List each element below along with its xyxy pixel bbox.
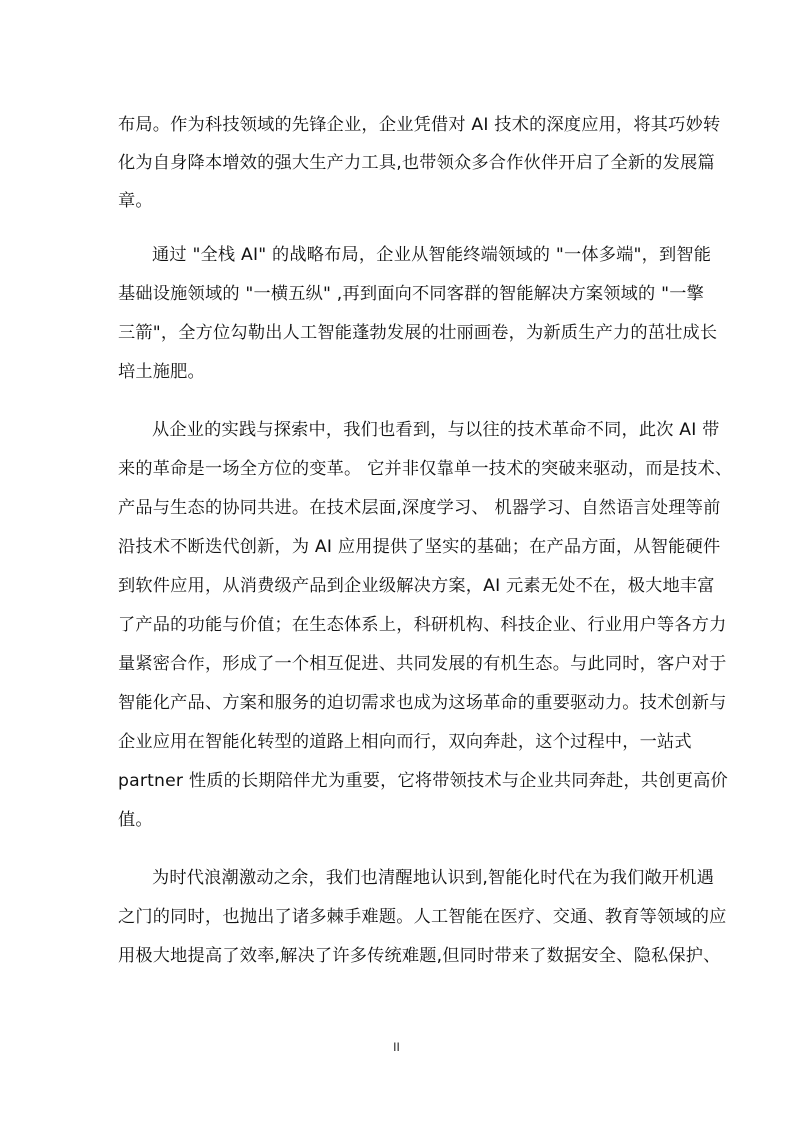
text-line: 章。	[118, 190, 678, 212]
text-line: 为时代浪潮激动之余，我们也清醒地认识到,智能化时代在为我们敞开机遇	[152, 867, 678, 889]
text-line: 产品与生态的协同共进。在技术层面,深度学习、 机器学习、自然语言处理等前	[118, 497, 678, 519]
text-line: 三箭"，全方位勾勒出人工智能蓬勃发展的壮丽画卷，为新质生产力的茁壮成长	[118, 322, 678, 344]
text-line: 用极大地提高了效率,解决了许多传统难题,但同时带来了数据安全、隐私保护、	[118, 945, 678, 967]
text-line: 之门的同时，也抛出了诸多棘手难题。人工智能在医疗、交通、教育等领域的应	[118, 906, 678, 928]
page-number: II	[0, 1040, 793, 1054]
text-line: 了产品的功能与价值；在生态体系上，科研机构、科技企业、行业用户等各方力	[118, 614, 678, 636]
text-line: 到软件应用，从消费级产品到企业级解决方案，AI 元素无处不在，极大地丰富	[118, 575, 678, 597]
text-line: 培土施肥。	[118, 361, 678, 383]
text-line: 从企业的实践与探索中，我们也看到，与以往的技术革命不同，此次 AI 带	[152, 419, 678, 441]
text-line: 化为自身降本增效的强大生产力工具,也带领众多合作伙伴开启了全新的发展篇	[118, 152, 678, 174]
document-page: 布局。作为科技领域的先锋企业，企业凭借对 AI 技术的深度应用，将其巧妙转 化为…	[0, 0, 793, 1122]
text-line: 沿技术不断迭代创新，为 AI 应用提供了坚实的基础；在产品方面，从智能硬件	[118, 536, 678, 558]
text-line: 布局。作为科技领域的先锋企业，企业凭借对 AI 技术的深度应用，将其巧妙转	[118, 114, 678, 136]
text-line: 企业应用在智能化转型的道路上相向而行，双向奔赴，这个过程中，一站式	[118, 731, 678, 753]
text-line: 基础设施领域的 "一横五纵" ,再到面向不同客群的智能解决方案领域的 "一擎	[118, 283, 678, 305]
text-line: 量紧密合作，形成了一个相互促进、共同发展的有机生态。与此同时，客户对于	[118, 653, 678, 675]
text-line: 智能化产品、方案和服务的迫切需求也成为这场革命的重要驱动力。技术创新与	[118, 692, 678, 714]
text-line: 来的革命是一场全方位的变革。 它并非仅靠单一技术的突破来驱动，而是技术、	[118, 458, 678, 480]
text-line: 值。	[118, 809, 678, 831]
text-line: 通过 "全栈 AI" 的战略布局，企业从智能终端领域的 "一体多端"，到智能	[152, 244, 678, 266]
text-line: partner 性质的长期陪伴尤为重要，它将带领技术与企业共同奔赴，共创更高价	[118, 770, 678, 792]
